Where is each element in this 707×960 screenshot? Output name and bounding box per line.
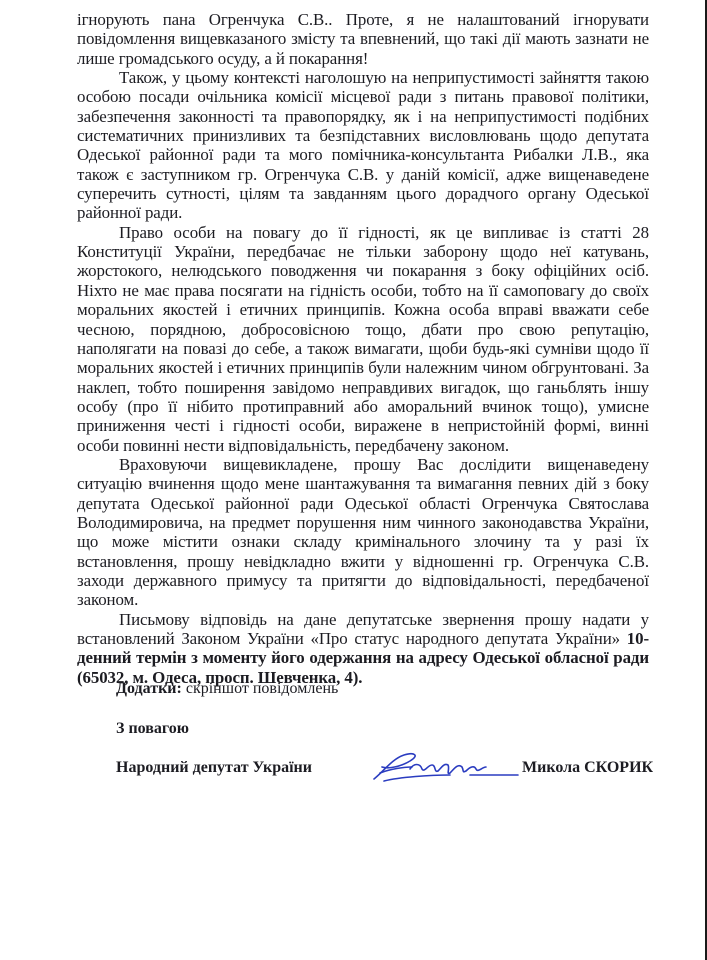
paragraph-4: Враховуючи вищевикладене, прошу Вас досл… (77, 455, 649, 610)
response-request-text: Письмову відповідь на дане депутатське з… (77, 610, 649, 648)
attachments-label: Додатки: (116, 680, 182, 697)
signatory-name: Микола СКОРИК (522, 759, 653, 777)
paragraph-1: ігнорують пана Огренчука С.В.. Проте, я … (77, 10, 649, 68)
signatory-title: Народний депутат України (116, 759, 312, 777)
paragraph-3: Право особи на повагу до її гідності, як… (77, 223, 649, 455)
letter-body: ігнорують пана Огренчука С.В.. Проте, я … (77, 10, 649, 687)
paragraph-2: Також, у цьому контексті наголошую на не… (77, 68, 649, 223)
regards-line: З повагою (116, 720, 189, 738)
attachments-value: скріншот повідомлень (182, 680, 338, 697)
attachments-line: Додатки: скріншот повідомлень (116, 680, 338, 698)
paragraph-response-request: Письмову відповідь на дане депутатське з… (77, 610, 649, 687)
handwritten-signature-icon (370, 749, 520, 783)
signature-block: Народний депутат України Микола СКОРИК (116, 759, 656, 789)
